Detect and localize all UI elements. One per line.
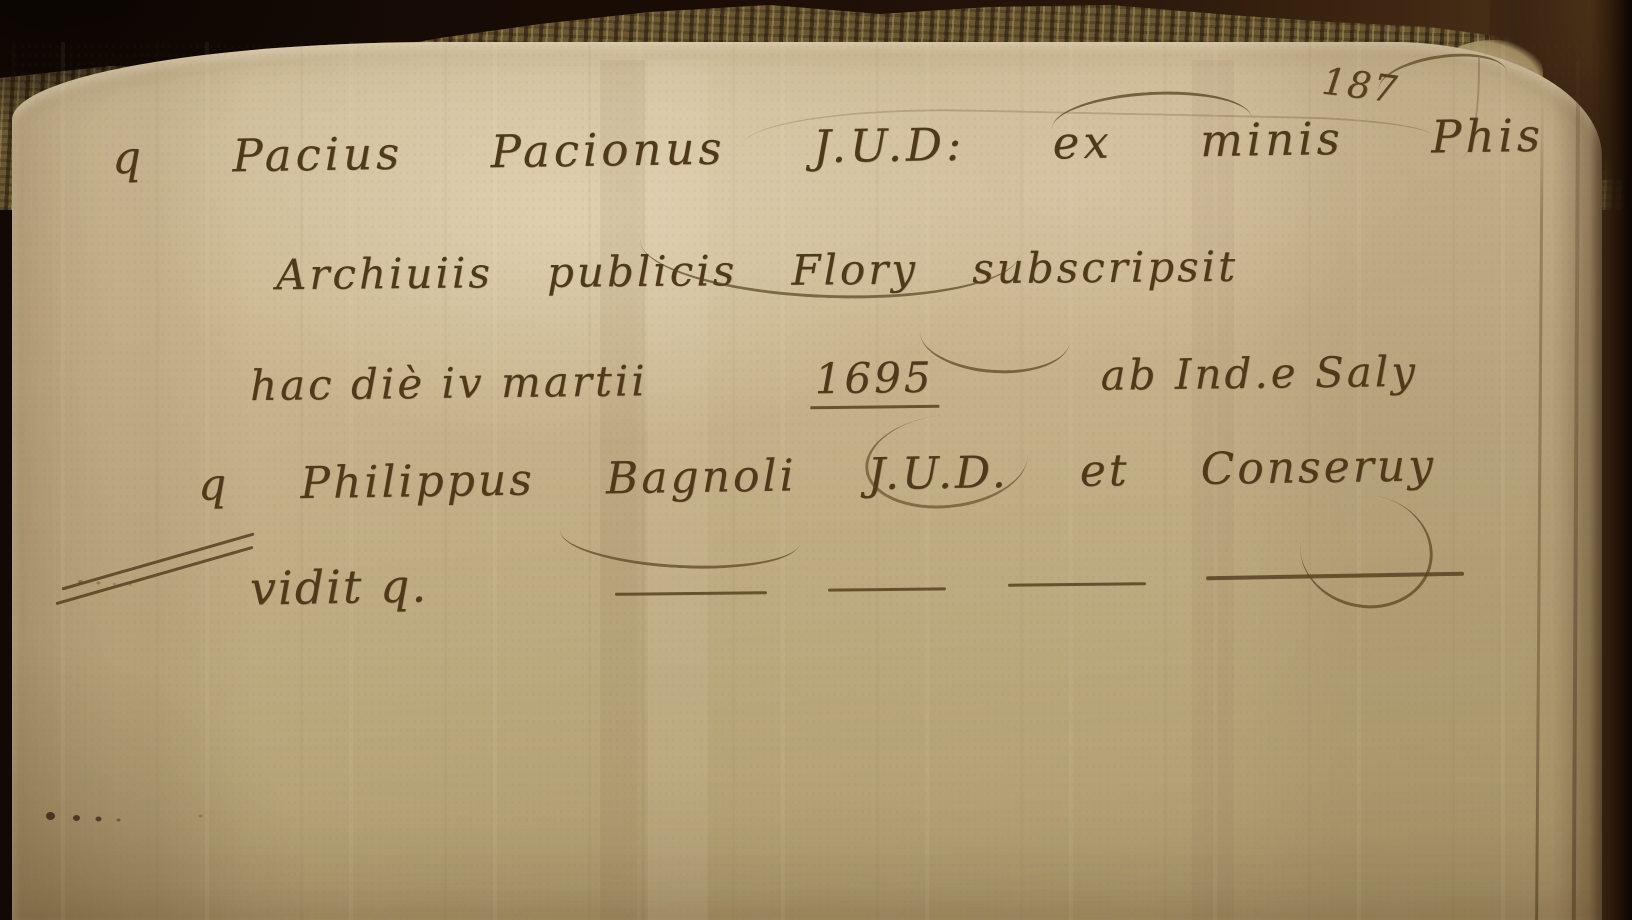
marginal-ink-dots — [78, 580, 83, 584]
underlined-year: 1695 — [809, 353, 939, 410]
text-line-2: Archiuiis publicis Flory subscripsit — [276, 242, 1238, 299]
text-line-3-start: hac diè iv martii — [250, 356, 648, 410]
book-gutter — [1590, 0, 1632, 920]
text-line-5: vidit q. — [250, 558, 429, 615]
manuscript-photo: 187 q Pacius Pacionus J.U.D: ex minis Ph… — [0, 0, 1632, 920]
text-line-3-end: ab Ind.e Saly — [1100, 347, 1418, 400]
ink-blot-dots — [46, 812, 55, 820]
page-number: 187 — [1320, 59, 1401, 111]
